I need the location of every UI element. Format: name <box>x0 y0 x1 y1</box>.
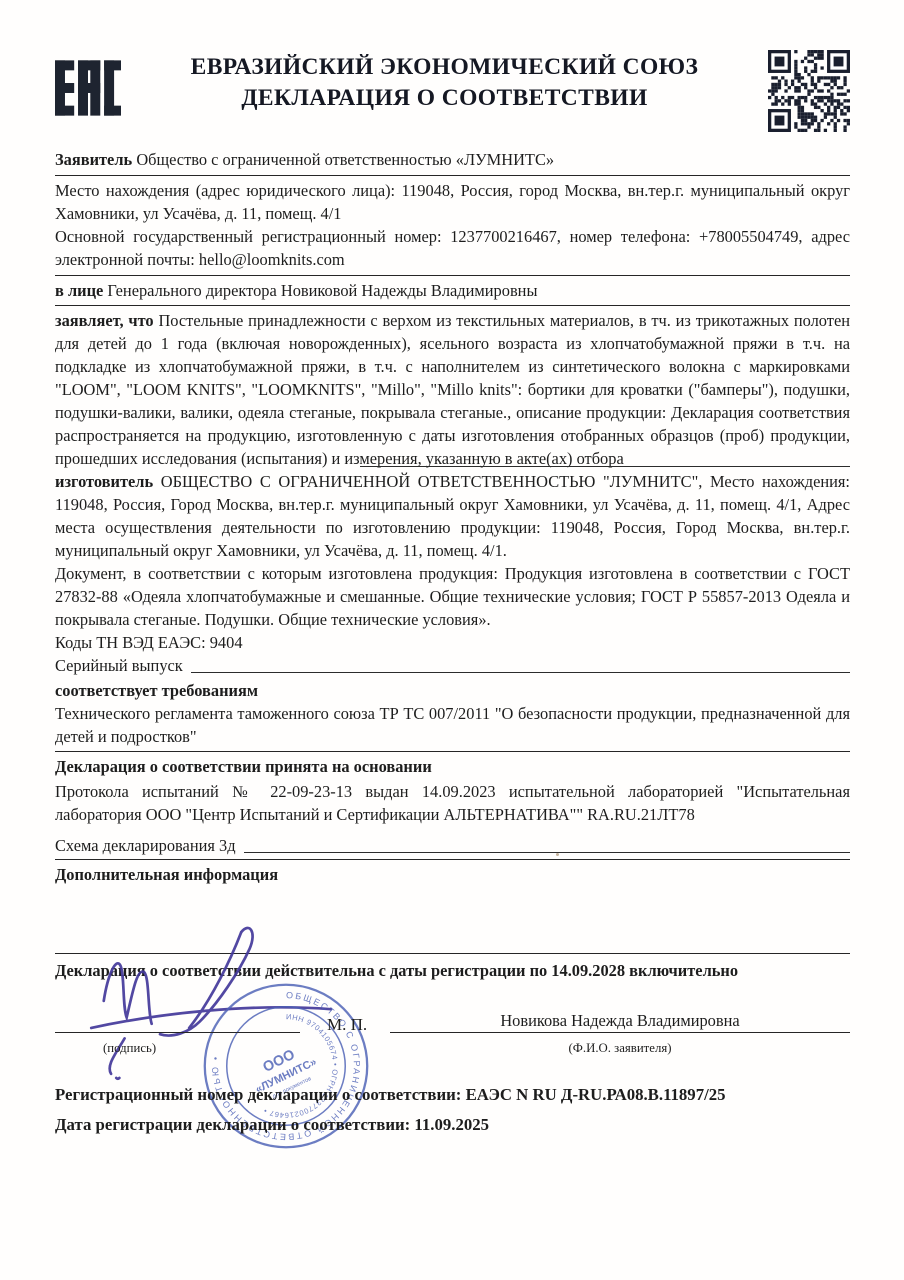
manufacturer-value: ОБЩЕСТВО С ОГРАНИЧЕННОЙ ОТВЕТСТВЕННОСТЬЮ… <box>55 472 850 560</box>
applicant-label: Заявитель <box>55 150 132 169</box>
representative-value: Генерального директора Новиковой Надежды… <box>107 281 537 300</box>
divider <box>55 859 850 860</box>
validity-line: Декларация о соответствии действительна … <box>55 959 850 982</box>
divider <box>55 751 850 752</box>
serial-row: Серийный выпуск <box>55 654 850 677</box>
scheme-line: Схема декларирования 3д <box>55 834 236 857</box>
serial-line: Серийный выпуск <box>55 654 183 677</box>
manufacturer-label: изготовитель <box>55 472 153 491</box>
manufacturer-paragraph: изготовитель ОБЩЕСТВО С ОГРАНИЧЕННОЙ ОТВ… <box>55 470 850 562</box>
compliance-heading: соответствует требованиям <box>55 679 850 702</box>
declares-paragraph: заявляет, что Постельные принадлежности … <box>55 309 850 470</box>
manufacture-document-line: Документ, в соответствии с которым изгот… <box>55 562 850 631</box>
declares-label: заявляет, что <box>55 311 154 330</box>
applicant-ogrn: Основной государственный регистрационный… <box>55 225 850 271</box>
signer-name-caption: (Ф.И.О. заявителя) <box>390 1037 850 1060</box>
document-header: ЕВРАЗИЙСКИЙ ЭКОНОМИЧЕСКИЙ СОЮЗ ДЕКЛАРАЦИ… <box>55 0 850 142</box>
signature-region: Декларация о соответствии действительна … <box>55 953 850 1273</box>
divider <box>55 305 850 306</box>
registration-number-line: Регистрационный номер декларации о соотв… <box>55 1083 726 1106</box>
basis-heading: Декларация о соответствии принята на осн… <box>55 755 850 778</box>
fill-line <box>360 466 850 467</box>
seal-place-label: М. П. <box>327 1013 367 1036</box>
applicant-row: Заявитель Общество с ограниченной ответс… <box>55 148 850 171</box>
fill-line <box>191 672 850 673</box>
signature-caption: (подпись) <box>103 1037 156 1060</box>
compliance-value: Технического регламента таможенного союз… <box>55 702 850 748</box>
title-line-1: ЕВРАЗИЙСКИЙ ЭКОНОМИЧЕСКИЙ СОЮЗ <box>121 52 768 83</box>
eac-logo-icon <box>55 54 121 122</box>
representative-row: в лице Генерального директора Новиковой … <box>55 279 850 302</box>
signer-name: Новикова Надежда Владимировна <box>390 1009 850 1032</box>
representative-label: в лице <box>55 281 103 300</box>
divider <box>55 953 850 954</box>
scheme-row: Схема декларирования 3д <box>55 834 850 857</box>
registration-date-line: Дата регистрации декларации о соответств… <box>55 1113 489 1136</box>
declaration-document: ЕВРАЗИЙСКИЙ ЭКОНОМИЧЕСКИЙ СОЮЗ ДЕКЛАРАЦИ… <box>0 0 904 1280</box>
tnved-line: Коды ТН ВЭД ЕАЭС: 9404 <box>55 631 850 654</box>
declares-value: Постельные принадлежности с верхом из те… <box>55 311 850 468</box>
stamp-center-line1: ООО <box>260 1047 297 1076</box>
scan-speck <box>556 853 559 856</box>
signature-line <box>55 1032 300 1033</box>
additional-info-heading: Дополнительная информация <box>55 863 850 886</box>
title-line-2: ДЕКЛАРАЦИЯ О СООТВЕТСТВИИ <box>121 83 768 114</box>
qr-code-icon <box>768 50 850 132</box>
divider <box>55 175 850 176</box>
applicant-address: Место нахождения (адрес юридического лиц… <box>55 179 850 225</box>
basis-value: Протокола испытаний № 22-09-23-13 выдан … <box>55 780 850 826</box>
applicant-value: Общество с ограниченной ответственностью… <box>136 150 554 169</box>
document-title: ЕВРАЗИЙСКИЙ ЭКОНОМИЧЕСКИЙ СОЮЗ ДЕКЛАРАЦИ… <box>121 50 768 114</box>
fill-line <box>244 852 850 853</box>
signer-name-line <box>390 1032 850 1033</box>
divider <box>55 275 850 276</box>
